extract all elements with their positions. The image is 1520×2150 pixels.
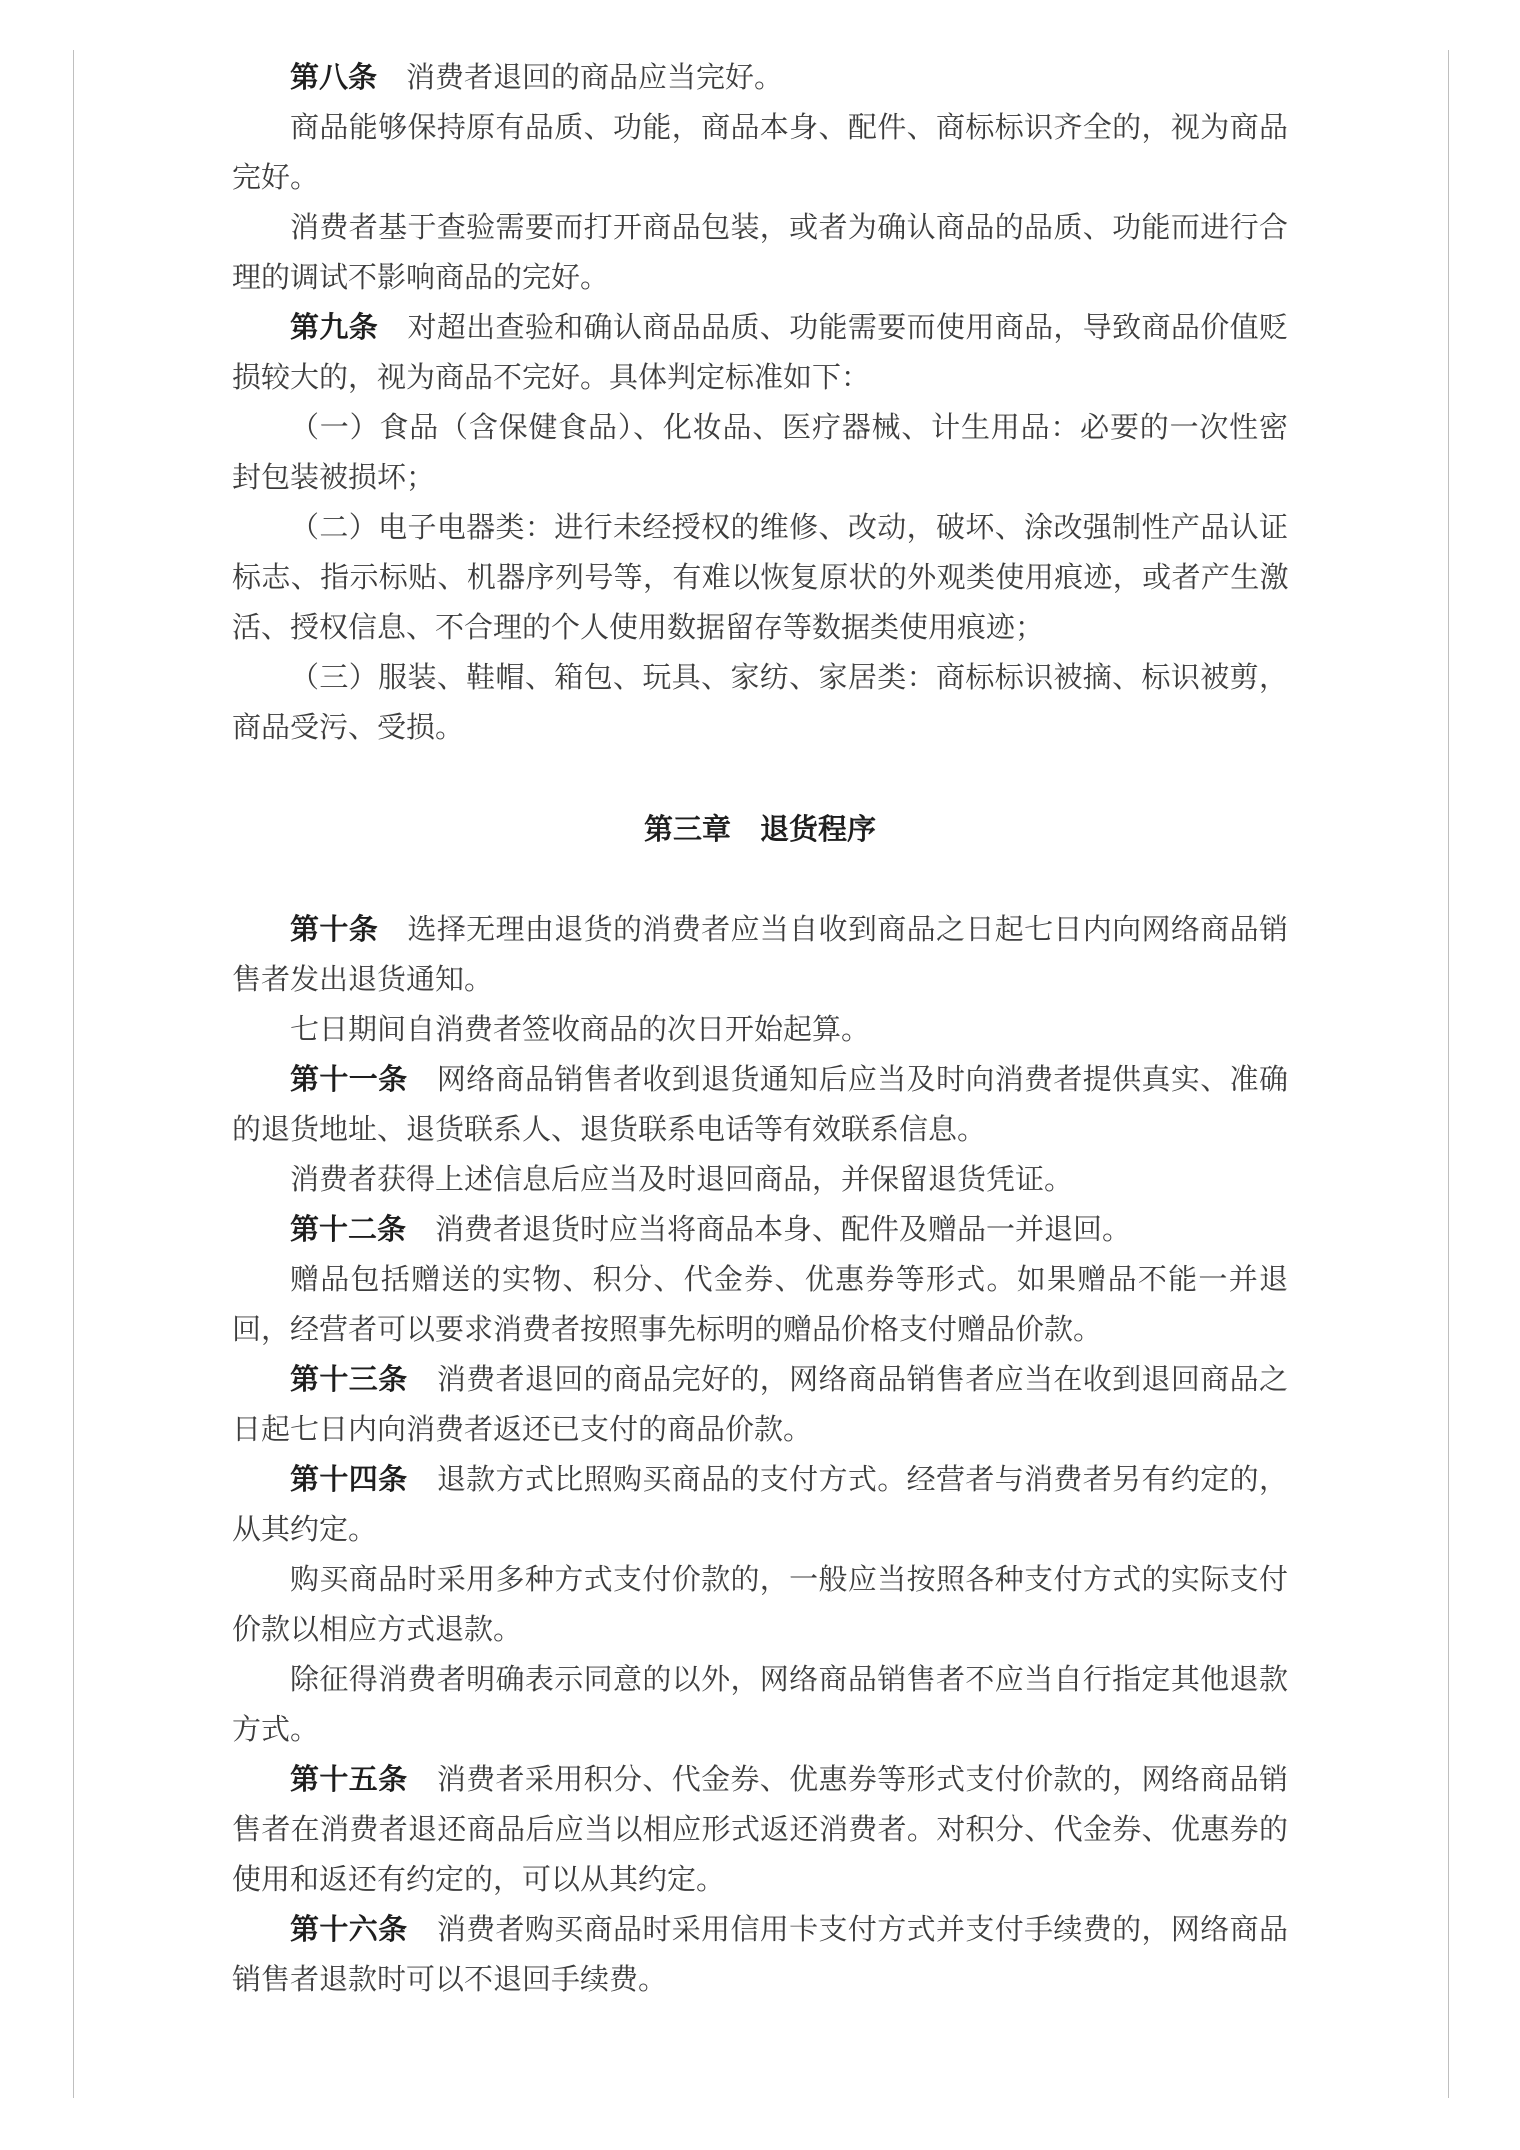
body-line: 封包装被损坏； xyxy=(232,453,1288,503)
article-line: 第八条 消费者退回的商品应当完好。 xyxy=(232,53,1288,103)
article-line: 第十四条 退款方式比照购买商品的支付方式。经营者与消费者另有约定的， xyxy=(232,1455,1288,1505)
line-text: 售者发出退货通知。 xyxy=(232,964,493,996)
body-line: 日起七日内向消费者返还已支付的商品价款。 xyxy=(232,1405,1288,1455)
document-body: 第八条 消费者退回的商品应当完好。 商品能够保持原有品质、功能，商品本身、配件、… xyxy=(232,53,1288,2005)
body-line: 理的调试不影响商品的完好。 xyxy=(232,253,1288,303)
article-line: 第十条 选择无理由退货的消费者应当自收到商品之日起七日内向网络商品销 xyxy=(232,905,1288,955)
line-text: 价款以相应方式退款。 xyxy=(232,1614,522,1646)
line-text: 消费者基于查验需要而打开商品包装，或者为确认商品的品质、功能而进行合 xyxy=(290,212,1288,244)
line-text: 消费者采用积分、代金券、优惠券等形式支付价款的，网络商品销 xyxy=(407,1764,1288,1796)
line-text: （二）电子电器类：进行未经授权的维修、改动，破坏、涂改强制性产品认证 xyxy=(290,512,1288,544)
line-text: 使用和返还有约定的，可以从其约定。 xyxy=(232,1864,725,1896)
line-text: 活、授权信息、不合理的个人使用数据留存等数据类使用痕迹； xyxy=(232,612,1044,644)
line-text: 选择无理由退货的消费者应当自收到商品之日起七日内向网络商品销 xyxy=(378,914,1288,946)
list-item-line: （三）服装、鞋帽、箱包、玩具、家纺、家居类：商标标识被摘、标识被剪， xyxy=(232,653,1288,703)
article-line: 第十二条 消费者退货时应当将商品本身、配件及赠品一并退回。 xyxy=(232,1205,1288,1255)
article-number: 第十四条 xyxy=(290,1464,407,1496)
line-text: 网络商品销售者收到退货通知后应当及时向消费者提供真实、准确 xyxy=(407,1064,1288,1096)
body-line: 七日期间自消费者签收商品的次日开始起算。 xyxy=(232,1005,1288,1055)
body-line: 除征得消费者明确表示同意的以外，网络商品销售者不应当自行指定其他退款 xyxy=(232,1655,1288,1705)
list-item-line: （二）电子电器类：进行未经授权的维修、改动，破坏、涂改强制性产品认证 xyxy=(232,503,1288,553)
body-line: 赠品包括赠送的实物、积分、代金券、优惠券等形式。如果赠品不能一并退 xyxy=(232,1255,1288,1305)
line-text: 七日期间自消费者签收商品的次日开始起算。 xyxy=(290,1014,870,1046)
line-text: 封包装被损坏； xyxy=(232,462,435,494)
article-number: 第八条 xyxy=(290,62,377,94)
line-text: 消费者退货时应当将商品本身、配件及赠品一并退回。 xyxy=(406,1214,1131,1246)
body-line: 完好。 xyxy=(232,153,1288,203)
line-text: 商品能够保持原有品质、功能，商品本身、配件、商标标识齐全的，视为商品 xyxy=(290,112,1288,144)
body-line: 从其约定。 xyxy=(232,1505,1288,1555)
line-text: （三）服装、鞋帽、箱包、玩具、家纺、家居类：商标标识被摘、标识被剪， xyxy=(290,662,1288,694)
line-text: 对超出查验和确认商品品质、功能需要而使用商品，导致商品价值贬 xyxy=(378,312,1288,344)
chapter-heading: 第三章 退货程序 xyxy=(232,805,1288,855)
line-text: 损较大的，视为商品不完好。具体判定标准如下： xyxy=(232,362,870,394)
body-line: 价款以相应方式退款。 xyxy=(232,1605,1288,1655)
article-number: 第十一条 xyxy=(290,1064,407,1096)
list-item-line: （一）食品（含保健食品）、化妆品、医疗器械、计生用品：必要的一次性密 xyxy=(232,403,1288,453)
line-text: 的退货地址、退货联系人、退货联系电话等有效联系信息。 xyxy=(232,1114,986,1146)
article-number: 第十三条 xyxy=(290,1364,407,1396)
body-line: 商品能够保持原有品质、功能，商品本身、配件、商标标识齐全的，视为商品 xyxy=(232,103,1288,153)
line-text: 除征得消费者明确表示同意的以外，网络商品销售者不应当自行指定其他退款 xyxy=(290,1664,1288,1696)
line-text: 方式。 xyxy=(232,1714,319,1746)
article-line: 第十五条 消费者采用积分、代金券、优惠券等形式支付价款的，网络商品销 xyxy=(232,1755,1288,1805)
line-text: 退款方式比照购买商品的支付方式。经营者与消费者另有约定的， xyxy=(407,1464,1288,1496)
article-line: 第九条 对超出查验和确认商品品质、功能需要而使用商品，导致商品价值贬 xyxy=(232,303,1288,353)
article-number: 第十五条 xyxy=(290,1764,407,1796)
line-text: （一）食品（含保健食品）、化妆品、医疗器械、计生用品：必要的一次性密 xyxy=(290,412,1288,444)
body-line: 活、授权信息、不合理的个人使用数据留存等数据类使用痕迹； xyxy=(232,603,1288,653)
page-edge-line-right xyxy=(1448,50,1449,2098)
line-text: 消费者退回的商品应当完好。 xyxy=(377,62,783,94)
line-text: 标志、指示标贴、机器序列号等，有难以恢复原状的外观类使用痕迹，或者产生激 xyxy=(232,562,1288,594)
body-line: 售者发出退货通知。 xyxy=(232,955,1288,1005)
line-text: 理的调试不影响商品的完好。 xyxy=(232,262,609,294)
article-number: 第十六条 xyxy=(290,1914,407,1946)
article-line: 第十六条 消费者购买商品时采用信用卡支付方式并支付手续费的，网络商品 xyxy=(232,1905,1288,1955)
line-text: 购买商品时采用多种方式支付价款的，一般应当按照各种支付方式的实际支付 xyxy=(290,1564,1288,1596)
line-text: 商品受污、受损。 xyxy=(232,712,464,744)
line-text: 售者在消费者退还商品后应当以相应形式返还消费者。对积分、代金券、优惠券的 xyxy=(232,1814,1288,1846)
line-text: 消费者退回的商品完好的，网络商品销售者应当在收到退回商品之 xyxy=(407,1364,1288,1396)
line-text: 完好。 xyxy=(232,162,319,194)
line-text: 从其约定。 xyxy=(232,1514,377,1546)
body-line: 消费者获得上述信息后应当及时退回商品，并保留退货凭证。 xyxy=(232,1155,1288,1205)
body-line: 商品受污、受损。 xyxy=(232,703,1288,753)
line-text: 回，经营者可以要求消费者按照事先标明的赠品价格支付赠品价款。 xyxy=(232,1314,1102,1346)
body-line: 售者在消费者退还商品后应当以相应形式返还消费者。对积分、代金券、优惠券的 xyxy=(232,1805,1288,1855)
body-line: 方式。 xyxy=(232,1705,1288,1755)
body-line: 购买商品时采用多种方式支付价款的，一般应当按照各种支付方式的实际支付 xyxy=(232,1555,1288,1605)
line-text: 销售者退款时可以不退回手续费。 xyxy=(232,1964,667,1996)
article-line: 第十三条 消费者退回的商品完好的，网络商品销售者应当在收到退回商品之 xyxy=(232,1355,1288,1405)
article-number: 第九条 xyxy=(290,312,378,344)
article-number: 第十条 xyxy=(290,914,378,946)
body-line: 损较大的，视为商品不完好。具体判定标准如下： xyxy=(232,353,1288,403)
body-line: 回，经营者可以要求消费者按照事先标明的赠品价格支付赠品价款。 xyxy=(232,1305,1288,1355)
article-number: 第十二条 xyxy=(290,1214,406,1246)
line-text: 赠品包括赠送的实物、积分、代金券、优惠券等形式。如果赠品不能一并退 xyxy=(290,1264,1288,1296)
line-text: 消费者购买商品时采用信用卡支付方式并支付手续费的，网络商品 xyxy=(407,1914,1288,1946)
line-text: 消费者获得上述信息后应当及时退回商品，并保留退货凭证。 xyxy=(290,1164,1073,1196)
body-line: 使用和返还有约定的，可以从其约定。 xyxy=(232,1855,1288,1905)
body-line: 消费者基于查验需要而打开商品包装，或者为确认商品的品质、功能而进行合 xyxy=(232,203,1288,253)
article-line: 第十一条 网络商品销售者收到退货通知后应当及时向消费者提供真实、准确 xyxy=(232,1055,1288,1105)
body-line: 标志、指示标贴、机器序列号等，有难以恢复原状的外观类使用痕迹，或者产生激 xyxy=(232,553,1288,603)
line-text: 日起七日内向消费者返还已支付的商品价款。 xyxy=(232,1414,812,1446)
body-line: 销售者退款时可以不退回手续费。 xyxy=(232,1955,1288,2005)
page-edge-line-left xyxy=(73,50,74,2098)
body-line: 的退货地址、退货联系人、退货联系电话等有效联系信息。 xyxy=(232,1105,1288,1155)
